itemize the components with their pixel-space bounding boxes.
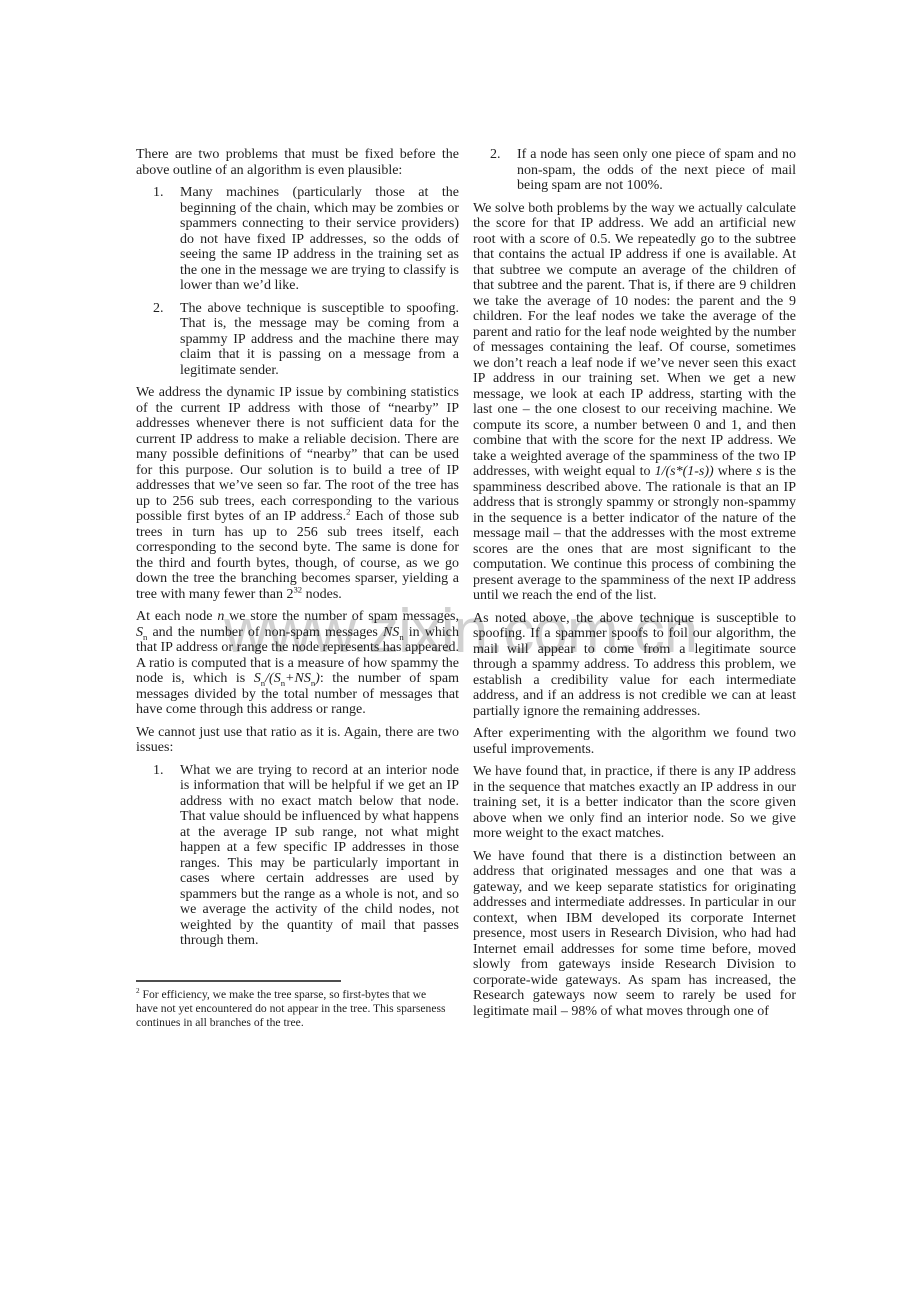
text-run: For efficiency, we make the tree sparse,…: [136, 988, 446, 1029]
paragraph: We solve both problems by the way we act…: [473, 201, 796, 604]
text-run: At each node: [136, 609, 217, 624]
text-run: The above technique is susceptible to sp…: [180, 301, 459, 378]
list-text: If a node has seen only one piece of spa…: [517, 147, 796, 193]
list-number: 1.: [153, 763, 164, 779]
right-column: 2.If a node has seen only one piece of s…: [473, 147, 796, 1267]
paragraph: We have found that there is a distinctio…: [473, 849, 796, 1020]
text-run: we store the number of spam messages,: [224, 609, 459, 624]
left-column: There are two problems that must be fixe…: [136, 147, 459, 1267]
list-text: The above technique is susceptible to sp…: [180, 301, 459, 378]
text-run: We solve both problems by the way we act…: [473, 201, 796, 480]
text-run: 1/(s*(1-s)): [655, 464, 714, 479]
text-run: We have found that, in practice, if ther…: [473, 764, 796, 841]
text-run: and the number of non-spam messages: [147, 625, 383, 640]
paragraph: We address the dynamic IP issue by combi…: [136, 385, 459, 602]
list-item: 1.Many machines (particularly those at t…: [136, 185, 459, 294]
text-run: /(: [265, 671, 274, 686]
text-run: We cannot just use that ratio as it is. …: [136, 725, 459, 756]
list-number: 2.: [490, 147, 501, 163]
paragraph: At each node n we store the number of sp…: [136, 609, 459, 718]
text-run: S: [254, 671, 261, 686]
text-run: S: [274, 671, 281, 686]
footnote-text: 2 For efficiency, we make the tree spars…: [136, 988, 448, 1031]
list-number: 1.: [153, 185, 164, 201]
text-run: There are two problems that must be fixe…: [136, 147, 459, 178]
paragraph: There are two problems that must be fixe…: [136, 147, 459, 178]
list-text: What we are trying to record at an inter…: [180, 763, 459, 949]
text-run: What we are trying to record at an inter…: [180, 763, 459, 949]
paragraph: After experimenting with the algorithm w…: [473, 726, 796, 757]
text-run: We have found that there is a distinctio…: [473, 849, 796, 1019]
list-item: 1.What we are trying to record at an int…: [136, 763, 459, 949]
paragraph: We have found that, in practice, if ther…: [473, 764, 796, 842]
list-text: Many machines (particularly those at the…: [180, 185, 459, 293]
text-run: NS: [383, 625, 399, 640]
text-run: nodes.: [302, 587, 342, 602]
text-run: NS: [294, 671, 310, 686]
list-item: 2.If a node has seen only one piece of s…: [473, 147, 796, 194]
text-run: We address the dynamic IP issue by combi…: [136, 385, 459, 524]
paragraph: As noted above, the above technique is s…: [473, 611, 796, 720]
text-run: If a node has seen only one piece of spa…: [517, 147, 796, 193]
text-run: Many machines (particularly those at the…: [180, 185, 459, 293]
footnote-rule: [136, 980, 341, 982]
list-item: 2.The above technique is susceptible to …: [136, 301, 459, 379]
superscript-run: 32: [293, 584, 302, 594]
text-run: is the spamminess described above. The r…: [473, 464, 796, 603]
footnote: 2 For efficiency, we make the tree spars…: [136, 980, 448, 1031]
text-run: S: [136, 625, 143, 640]
text-run: As noted above, the above technique is s…: [473, 611, 796, 719]
paragraph: We cannot just use that ratio as it is. …: [136, 725, 459, 756]
list-number: 2.: [153, 301, 164, 317]
text-run: where: [714, 464, 756, 479]
text-run: After experimenting with the algorithm w…: [473, 726, 796, 757]
paper-page: www.zixin.com.cn There are two problems …: [0, 0, 920, 1302]
